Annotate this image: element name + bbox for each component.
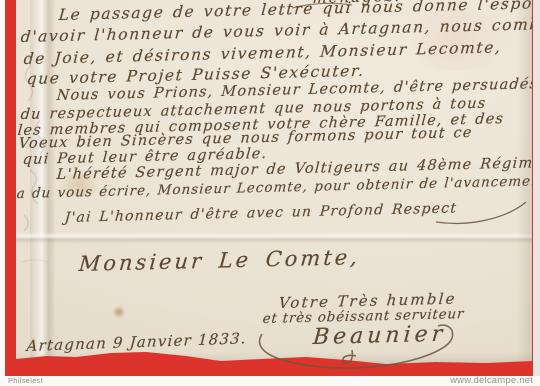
- signature: Beaunier: [312, 322, 447, 350]
- scan-right-edge: [533, 0, 540, 376]
- watermark-strip: Philselest www.delcampe.net: [0, 376, 540, 386]
- ink-stain: [112, 306, 126, 318]
- letter-salutation: Monsieur Le Comte,: [78, 245, 361, 276]
- site-watermark: www.delcampe.net: [450, 375, 533, 386]
- seller-watermark: Philselest: [8, 376, 43, 385]
- letter-line: J'ai L'honneur d'être avec un Profond Re…: [64, 200, 458, 226]
- letter-paper: ménagez. Le passage de votre lettre qui …: [16, 0, 532, 366]
- scanned-letter-photo: ménagez. Le passage de votre lettre qui …: [0, 0, 540, 386]
- horizontal-fold-crease: [16, 232, 532, 244]
